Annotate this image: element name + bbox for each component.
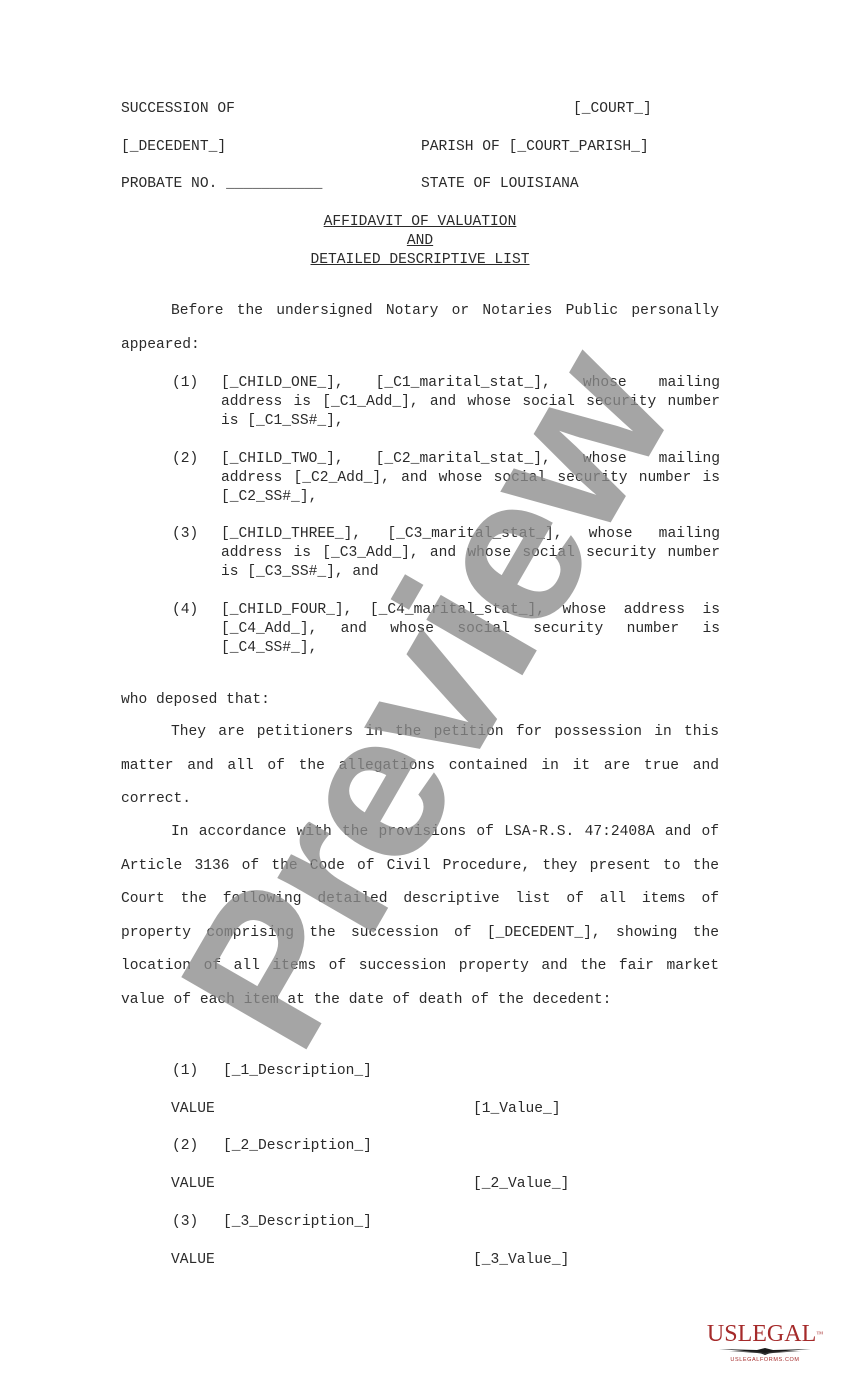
appearer-text: [_CHILD_TWO_], [_C2_marital_stat_], whos… <box>221 450 720 507</box>
logo-legal: LEGAL <box>738 1321 817 1347</box>
logo-wordmark: USLEGAL™ <box>706 1322 824 1346</box>
paragraph-petitioners-text: They are petitioners in the petition for… <box>121 724 719 807</box>
property-item-description: [_1_Description_] <box>223 1062 372 1081</box>
caption-probate-number: PROBATE NO. ___________ <box>121 175 322 194</box>
property-value: [_3_Value_] <box>473 1251 569 1270</box>
paragraph-accordance-text: In accordance with the provisions of LSA… <box>121 824 719 1008</box>
property-value-label: VALUE <box>171 1100 215 1119</box>
caption-court: [_COURT_] <box>573 100 652 119</box>
property-item-number: (2) <box>172 1137 198 1156</box>
property-value-label: VALUE <box>171 1175 215 1194</box>
property-item-number: (3) <box>172 1213 198 1232</box>
property-value-label: VALUE <box>171 1251 215 1270</box>
appearer-text: [_CHILD_ONE_], [_C1_marital_stat_], whos… <box>221 374 720 431</box>
appearer-number: (3) <box>172 525 198 544</box>
intro-text: Before the undersigned Notary or Notarie… <box>121 303 719 353</box>
document-title-line-3: DETAILED DESCRIPTIVE LIST <box>120 251 720 270</box>
paragraph-accordance: In accordance with the provisions of LSA… <box>121 816 719 1017</box>
probate-blank: ___________ <box>226 176 322 192</box>
appearer-number: (2) <box>172 450 198 469</box>
appearer-number: (4) <box>172 601 198 620</box>
appearer-text: [_CHILD_THREE_], [_C3_marital_stat_], wh… <box>221 525 720 582</box>
appearer-number: (1) <box>172 374 198 393</box>
document-title-line-1: AFFIDAVIT OF VALUATION <box>120 213 720 232</box>
logo-us: US <box>707 1321 738 1347</box>
property-value: [1_Value_] <box>473 1100 561 1119</box>
intro-paragraph: Before the undersigned Notary or Notarie… <box>121 295 719 362</box>
caption-parish: PARISH OF [_COURT_PARISH_] <box>421 138 649 157</box>
property-item-description: [_3_Description_] <box>223 1213 372 1232</box>
uslegal-logo[interactable]: USLEGAL™ USLEGALFORMS.COM <box>706 1322 824 1370</box>
property-item-description: [_2_Description_] <box>223 1137 372 1156</box>
deposed-line: who deposed that: <box>121 691 270 710</box>
document-page: SUCCESSION OF [_COURT_] [_DECEDENT_] PAR… <box>0 0 850 1400</box>
caption-state: STATE OF LOUISIANA <box>421 175 579 194</box>
paragraph-petitioners: They are petitioners in the petition for… <box>121 716 719 817</box>
logo-site: USLEGALFORMS.COM <box>706 1356 824 1364</box>
trademark-symbol: ™ <box>816 1330 823 1338</box>
property-item-number: (1) <box>172 1062 198 1081</box>
eagle-wings-icon <box>719 1347 811 1356</box>
property-value: [_2_Value_] <box>473 1175 569 1194</box>
probate-label: PROBATE NO. <box>121 176 217 192</box>
caption-decedent: [_DECEDENT_] <box>121 138 226 157</box>
caption-succession-of: SUCCESSION OF <box>121 100 235 119</box>
document-title-line-2: AND <box>120 232 720 251</box>
appearer-text: [_CHILD_FOUR_], [_C4_marital_stat_], who… <box>221 601 720 658</box>
